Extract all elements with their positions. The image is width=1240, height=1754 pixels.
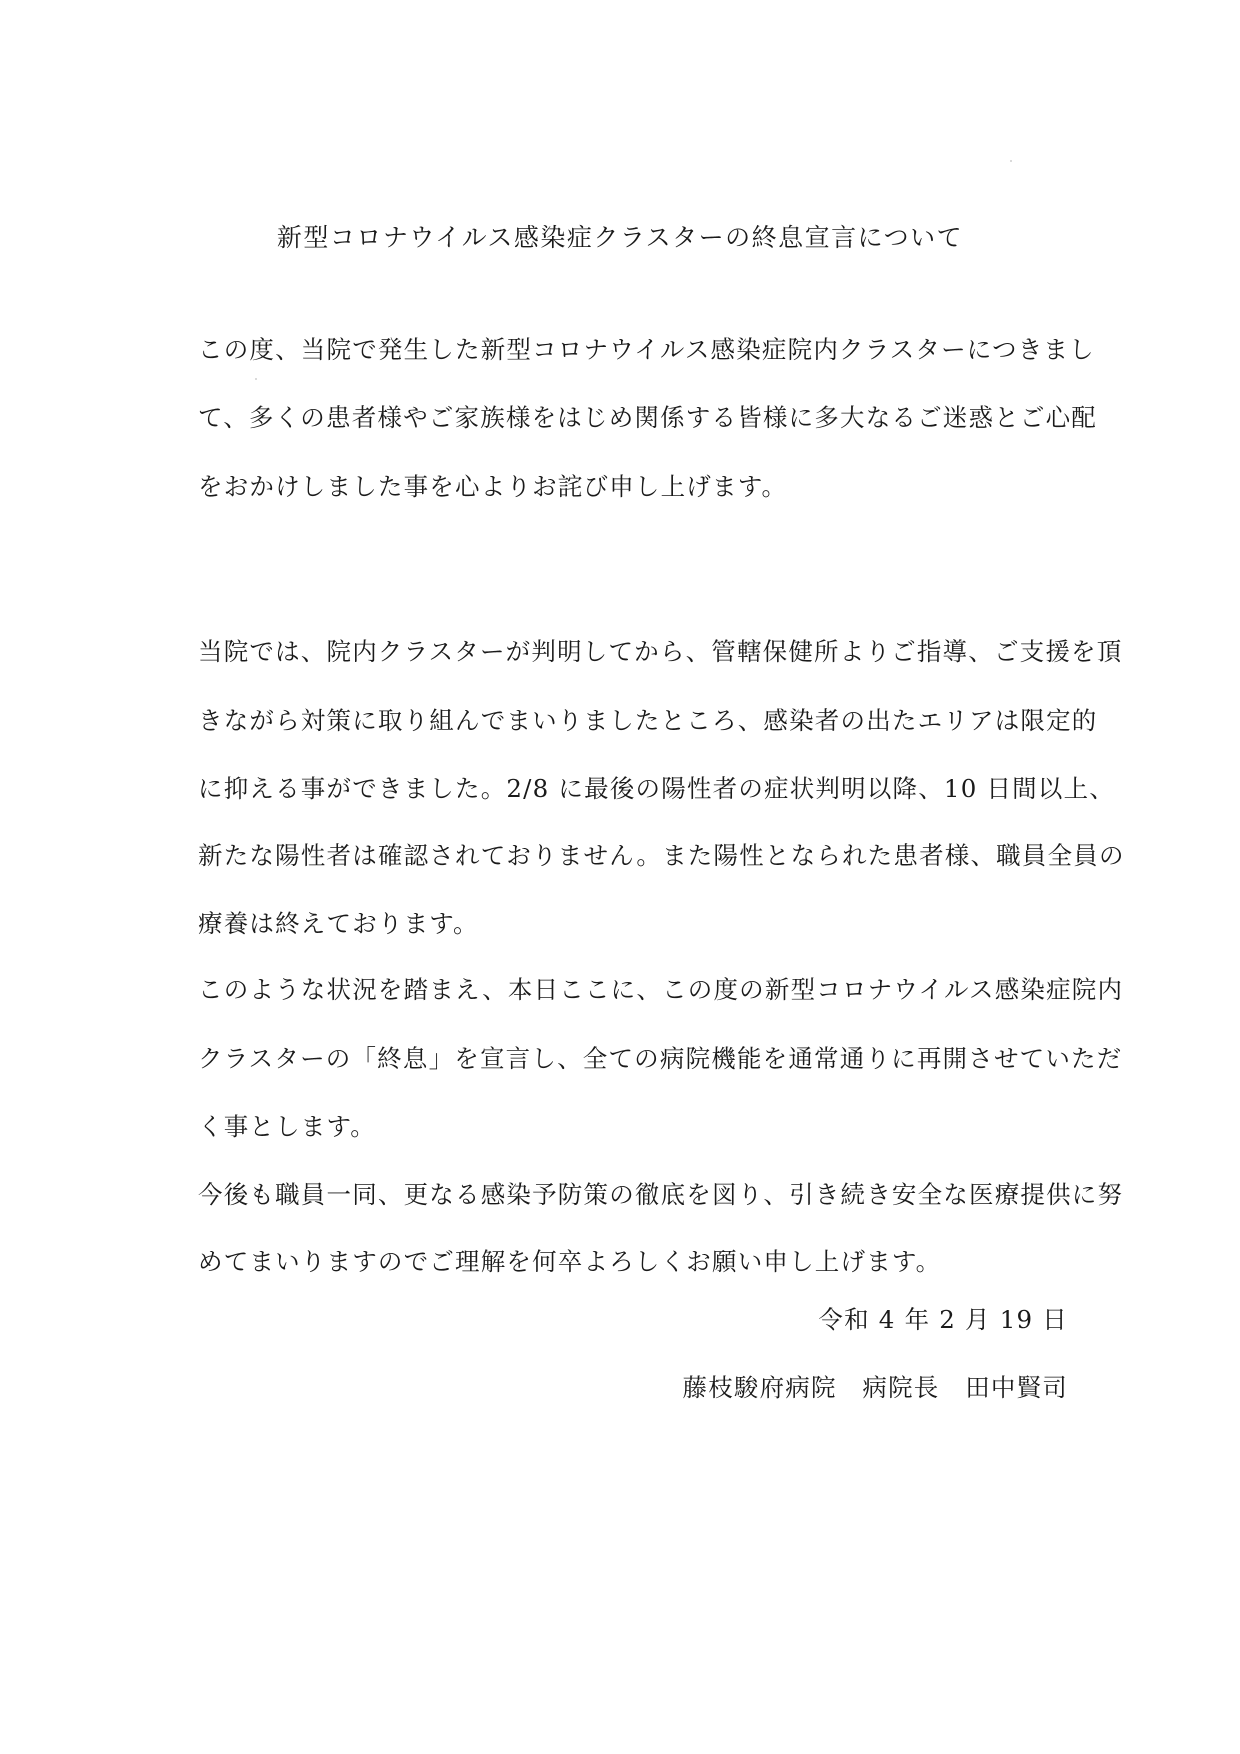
document-title: 新型コロナウイルス感染症クラスターの終息宣言について [0,222,1240,254]
scan-speck [255,378,257,380]
paragraph-3-line-3: く事とします。 [198,1112,376,1142]
document-signature: 藤枝駿府病院 病院長 田中賢司 [683,1373,1069,1403]
paragraph-2-line-5: 療養は終えております。 [198,909,479,939]
paragraph-4-line-2: めてまいりますのでご理解を何卒よろしくお願い申し上げます。 [198,1247,941,1277]
document-date: 令和 4 年 2 月 19 日 [818,1305,1068,1335]
paragraph-2-line-4: 新たな陽性者は確認されておりません。また陽性となられた患者様、職員全員の [198,841,1125,871]
scan-speck [1010,160,1012,162]
paragraph-1-line-1: この度、当院で発生した新型コロナウイルス感染症院内クラスターにつきまし [198,335,1095,365]
paragraph-1-line-2: て、多くの患者様やご家族様をはじめ関係する皆様に多大なるご迷惑とご心配 [198,403,1097,433]
paragraph-2-line-3: に抑える事ができました。2/8 に最後の陽性者の症状判明以降、10 日間以上、 [198,774,1115,804]
paragraph-3-line-1: このような状況を踏まえ、本日ここに、この度の新型コロナウイルス感染症院内 [198,975,1123,1005]
paragraph-2-line-2: きながら対策に取り組んでまいりましたところ、感染者の出たエリアは限定的 [198,706,1098,736]
paragraph-2-line-1: 当院では、院内クラスターが判明してから、管轄保健所よりご指導、ご支援を頂 [198,637,1122,667]
paragraph-1-line-3: をおかけしました事を心よりお詫び申し上げます。 [198,472,787,502]
paragraph-4-line-1: 今後も職員一同、更なる感染予防策の徹底を図り、引き続き安全な医療提供に努 [198,1180,1123,1210]
paragraph-3-line-2: クラスターの「終息」を宣言し、全ての病院機能を通常通りに再開させていただ [198,1044,1122,1074]
